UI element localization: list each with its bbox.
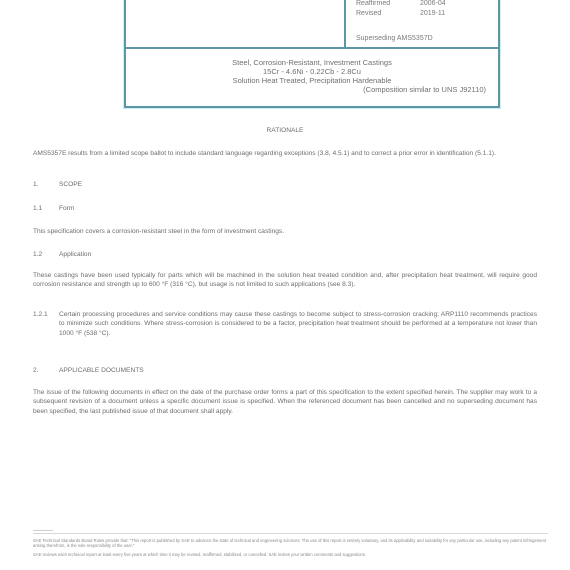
section-2-heading: 2. APPLICABLE DOCUMENTS: [33, 366, 537, 375]
rationale-heading: RATIONALE: [33, 126, 537, 135]
header-divider: [344, 0, 346, 47]
section-number: 1.: [33, 180, 59, 189]
revised-label: Revised: [356, 10, 420, 17]
revision-info: Reaffirmed 2006-04 Revised 2019-11 Super…: [350, 0, 498, 47]
section-number: 1.2.1: [33, 310, 59, 338]
section-number: 1.2: [33, 250, 59, 259]
section-1-2-1: 1.2.1 Certain processing procedures and …: [33, 310, 537, 338]
section-1-2-heading: 1.2 Application: [33, 250, 537, 259]
revised-date: 2019-11: [420, 10, 445, 17]
section-1-1-text: This specification covers a corrosion-re…: [33, 227, 537, 236]
revised-row: Revised 2019-11: [356, 10, 445, 17]
footer-disclaimer-1: SAE Technical Standards Board Rules prov…: [33, 538, 548, 548]
section-2-text: The issue of the following documents in …: [33, 388, 537, 416]
title-line-2: 15Cr - 4.6Ni - 0.22Cb - 2.8Cu: [126, 67, 498, 76]
document-header-box: Reaffirmed 2006-04 Revised 2019-11 Super…: [124, 0, 500, 108]
section-title: Form: [59, 204, 74, 213]
section-title: Application: [59, 250, 91, 259]
reaffirmed-row: Reaffirmed 2006-04: [356, 0, 446, 7]
section-title: SCOPE: [59, 180, 82, 189]
section-1-2-1-text: Certain processing procedures and servic…: [59, 310, 537, 338]
section-title: APPLICABLE DOCUMENTS: [59, 366, 144, 375]
footer-rule: [33, 533, 548, 534]
rationale-text: AMS5357E results from a limited scope ba…: [33, 149, 537, 158]
footer-short-rule: [33, 530, 53, 531]
title-line-3: Solution Heat Treated, Precipitation Har…: [126, 76, 498, 85]
section-1-heading: 1. SCOPE: [33, 180, 537, 189]
document-title-block: Steel, Corrosion-Resistant, Investment C…: [126, 50, 498, 106]
superseding-note: Superseding AMS5357D: [356, 35, 433, 42]
section-number: 1.1: [33, 204, 59, 213]
title-line-1: Steel, Corrosion-Resistant, Investment C…: [126, 58, 498, 67]
section-1-1-heading: 1.1 Form: [33, 204, 537, 213]
reaffirmed-date: 2006-04: [420, 0, 446, 7]
composition-note: (Composition similar to UNS J92110): [363, 85, 486, 94]
reaffirmed-label: Reaffirmed: [356, 0, 420, 7]
section-1-2-text: These castings have been used typically …: [33, 271, 537, 290]
footer-disclaimer-2: SAE reviews each technical report at lea…: [33, 552, 548, 557]
section-number: 2.: [33, 366, 59, 375]
